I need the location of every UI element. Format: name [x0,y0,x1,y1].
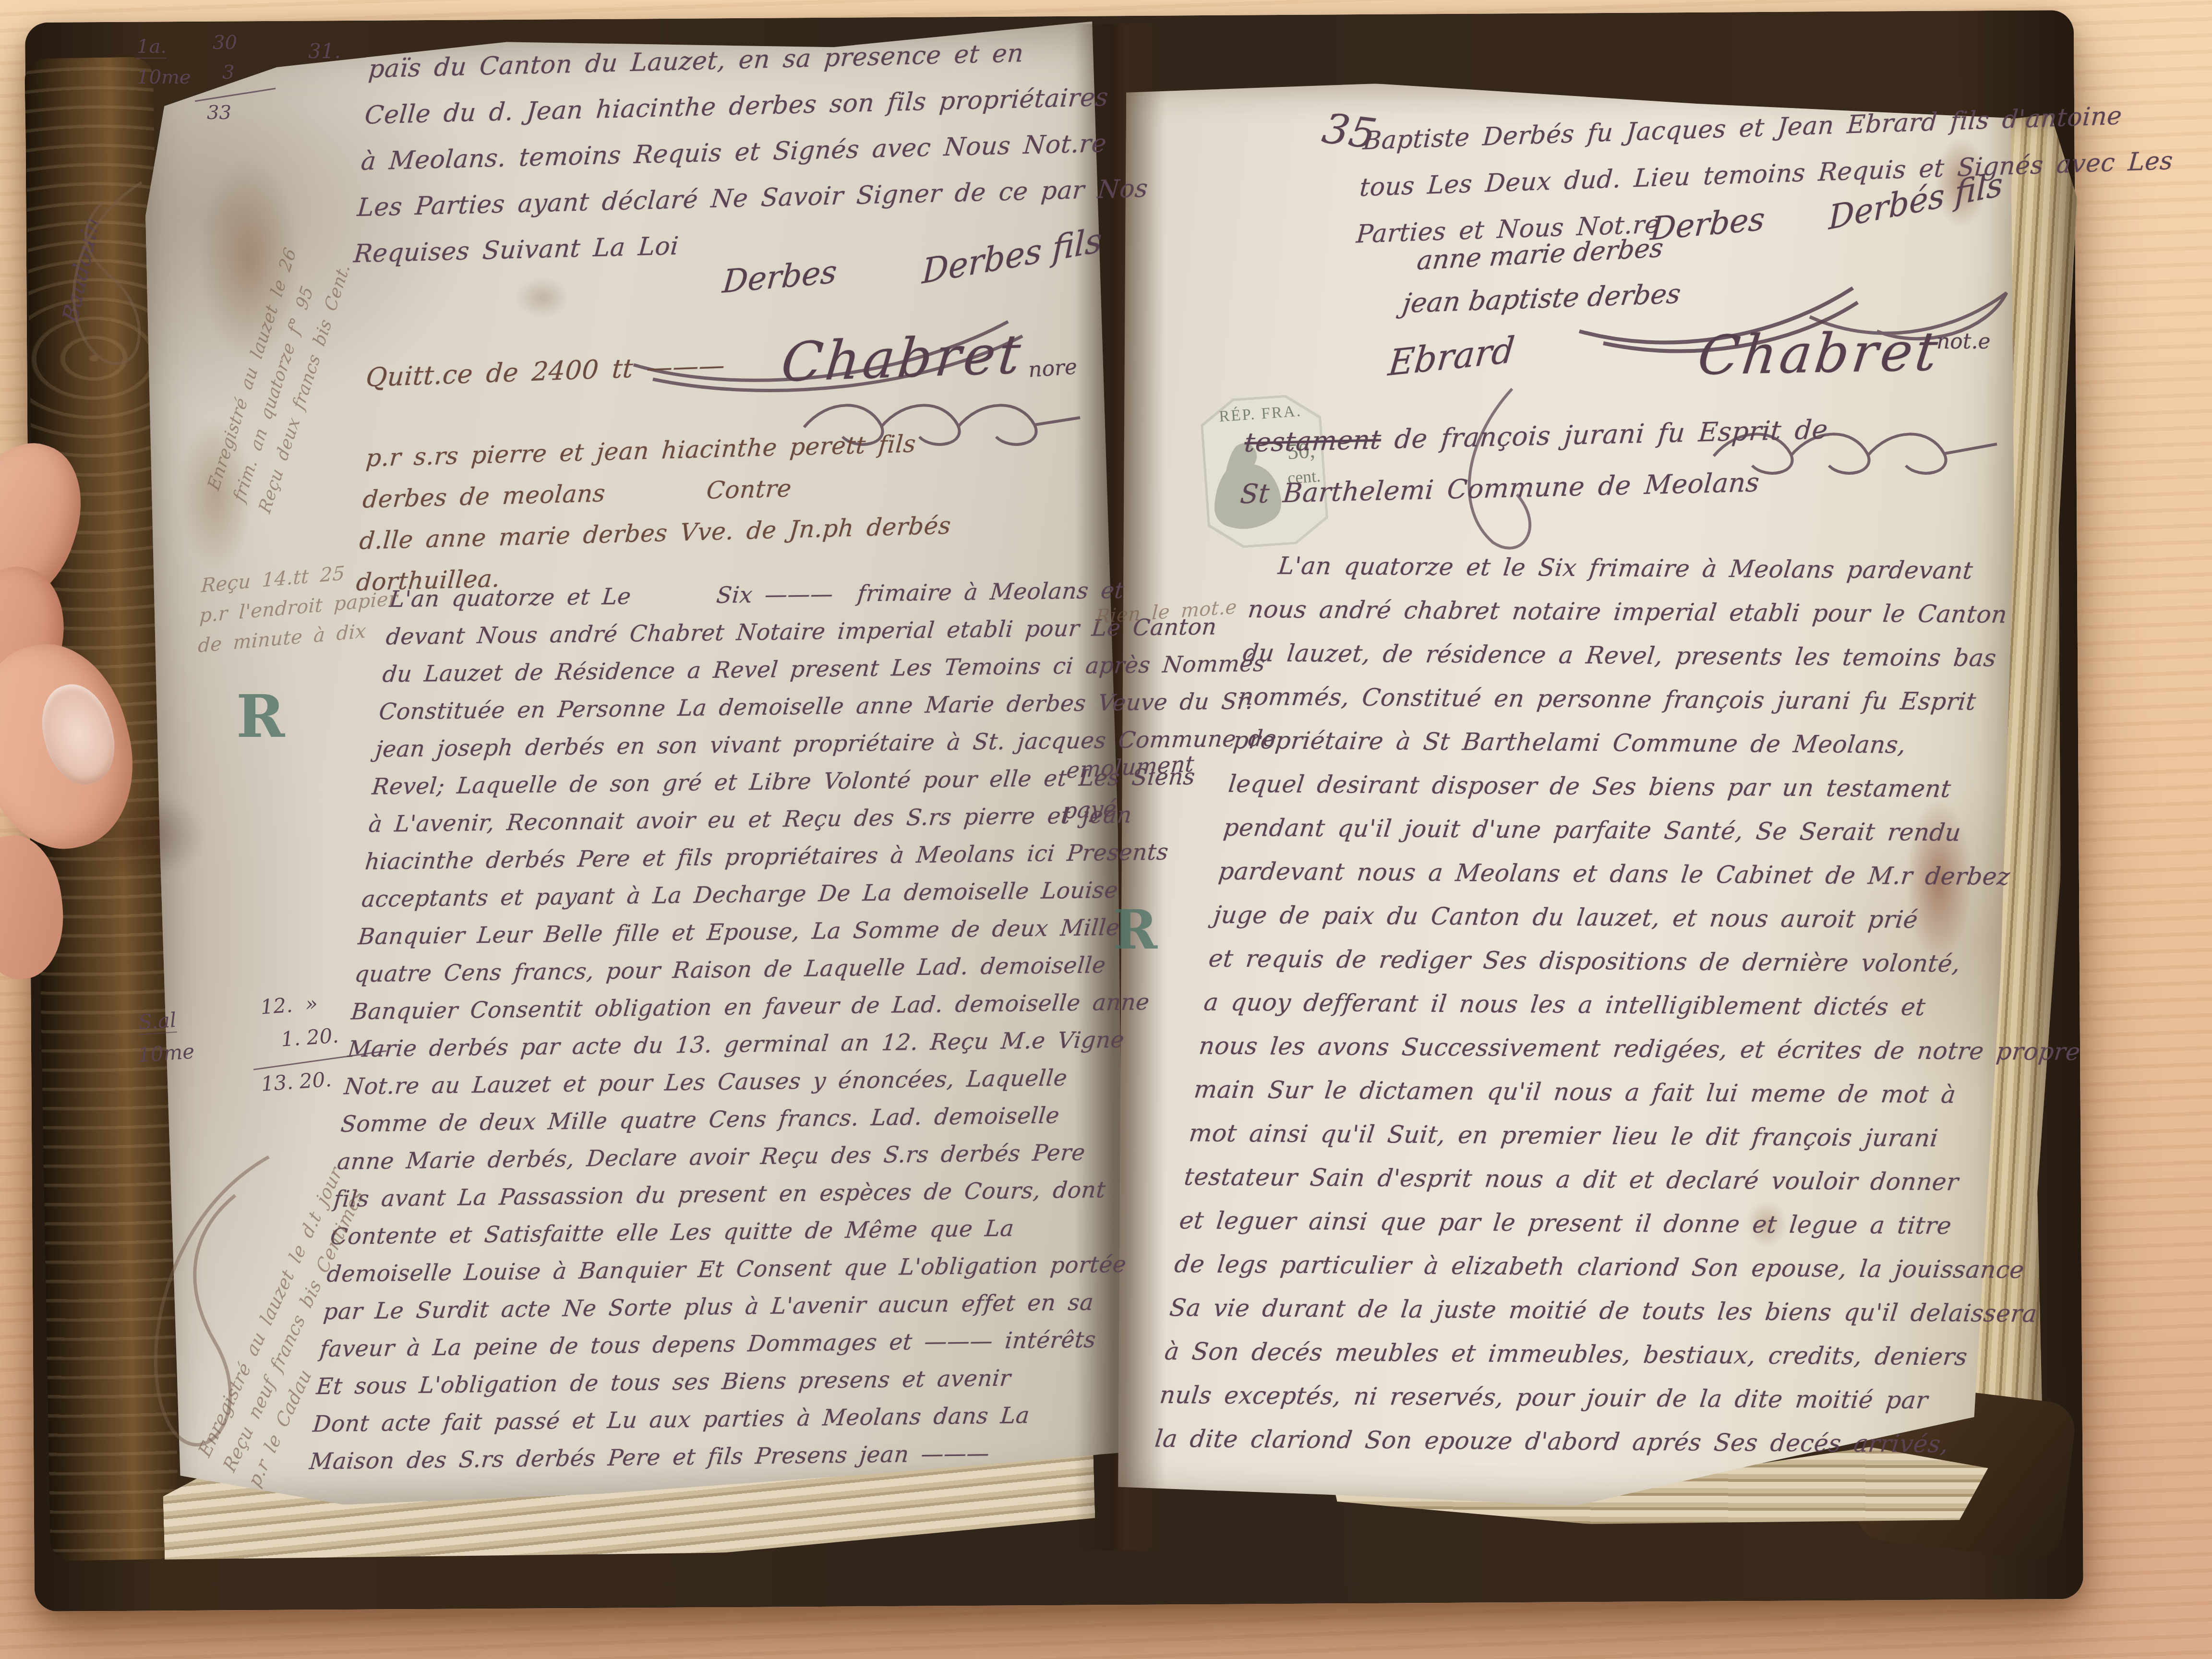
tally-rule [195,88,276,102]
manuscript-line: pardevant nous a Meolans et dans le Cabi… [1216,850,1980,899]
fee-tally-middle-left: S.al 10me 12. » 1. 20. 13. 20. [134,986,411,1129]
margin-receipt-note: Reçu 14.tt 25p.r l'endroit papierde minu… [197,553,400,661]
signature-notary-chabret: Chabret [1695,320,1944,387]
notary-suffix: nore [1027,355,1078,383]
tally-addend: 3 [222,61,234,84]
manuscript-line: Sa vie durant de la juste moitié de tout… [1167,1286,1931,1335]
manuscript-line: mot ainsi qu'il Suit, en premier lieu le… [1187,1111,1950,1160]
manuscript-line: testateur Sain d'esprit nous a dit et de… [1182,1155,1945,1204]
manuscript-line: a quoy defferant il nous les a intelligi… [1202,981,1965,1030]
registrar-paraph [46,173,170,374]
tally-total: 13. 20. [260,1068,332,1096]
manuscript-line: propriétaire à St Barthelami Commune de … [1231,719,1994,768]
manuscript-line: nuls exceptés, ni reservés, pour jouir d… [1157,1373,1921,1422]
title-rest: de françois jurani fu Esprit de [1380,414,1829,455]
manuscript-line: juge de paix du Canton du lauzet, et nou… [1211,893,1974,942]
manuscript-line: main Sur le dictamen qu'il nous a fait l… [1192,1068,1955,1117]
registrar-paraph-bottom [130,1142,288,1459]
tally-label: 10me [137,1039,195,1067]
manuscript-line: du lauzet, de résidence a Revel, present… [1241,631,2004,680]
manuscript-line: la dite clariond Son epouze d'abord apré… [1153,1417,1916,1466]
tally-total: 33 [207,102,231,124]
photo-of-open-notarial-register: 1a. 10me 30 3 33 31. païs du Canton du L… [0,0,2212,1659]
tally-label: 1a. [137,36,167,59]
manuscript-line: lequel desirant disposer de Ses biens pa… [1226,762,1989,811]
fox-spot [504,269,581,326]
fee-tally-top-left: 1a. 10me 30 3 33 [137,32,281,156]
notary-suffix: not.e [1936,329,1991,354]
registration-r-stamp: R [1113,899,1157,962]
tally-addend: 12. » [260,991,318,1019]
left-body-text: L'an quatorze et Le Six ——— frimaire à M… [308,572,1130,1480]
manuscript-line: et requis de rediger Ses dispositions de… [1206,937,1970,986]
manuscript-line: L'an quatorze et le Six frimaire à Meola… [1250,544,2014,593]
right-body-text: L'an quatorze et le Six frimaire à Meola… [1153,544,2014,1466]
manuscript-line: nous les avons Successivement redigées, … [1197,1024,1960,1073]
manuscript-line: de legs particulier à elizabeth clariond… [1172,1242,1935,1291]
struck-word: testament [1243,424,1382,458]
registration-r-stamp: R [236,682,285,751]
margin-note-emolument-paye: emolumentpayé [1061,744,1196,831]
manuscript-line: payé [1061,784,1192,831]
manuscript-line: nommés, Constitué en personne françois j… [1236,675,1999,724]
manuscript-line: emolument [1065,744,1196,791]
act-title-testament: testament de françois jurani fu Esprit d… [1238,401,1966,520]
folio-mark: 31. [308,39,341,63]
tally-rule [253,1050,387,1070]
manuscript-line: nous andré chabret notaire imperial etab… [1246,588,2009,637]
tally-label: S.al [138,1008,177,1035]
signature-notary-chabret: Chabret [778,323,1026,394]
manuscript-line: pendant qu'il jouit d'une parfaite Santé… [1221,806,1984,855]
manuscript-line: et leguer ainsi que par le present il do… [1177,1199,1940,1248]
paraph-stroke [156,1157,269,1445]
tally-label: 10me [137,66,191,88]
paraph-stroke [74,182,142,363]
tally-addend: 30 [213,32,237,54]
manuscript-line: à Son decés meubles et immeubles, bestia… [1162,1330,1925,1379]
tally-addend: 1. 20. [280,1023,339,1051]
